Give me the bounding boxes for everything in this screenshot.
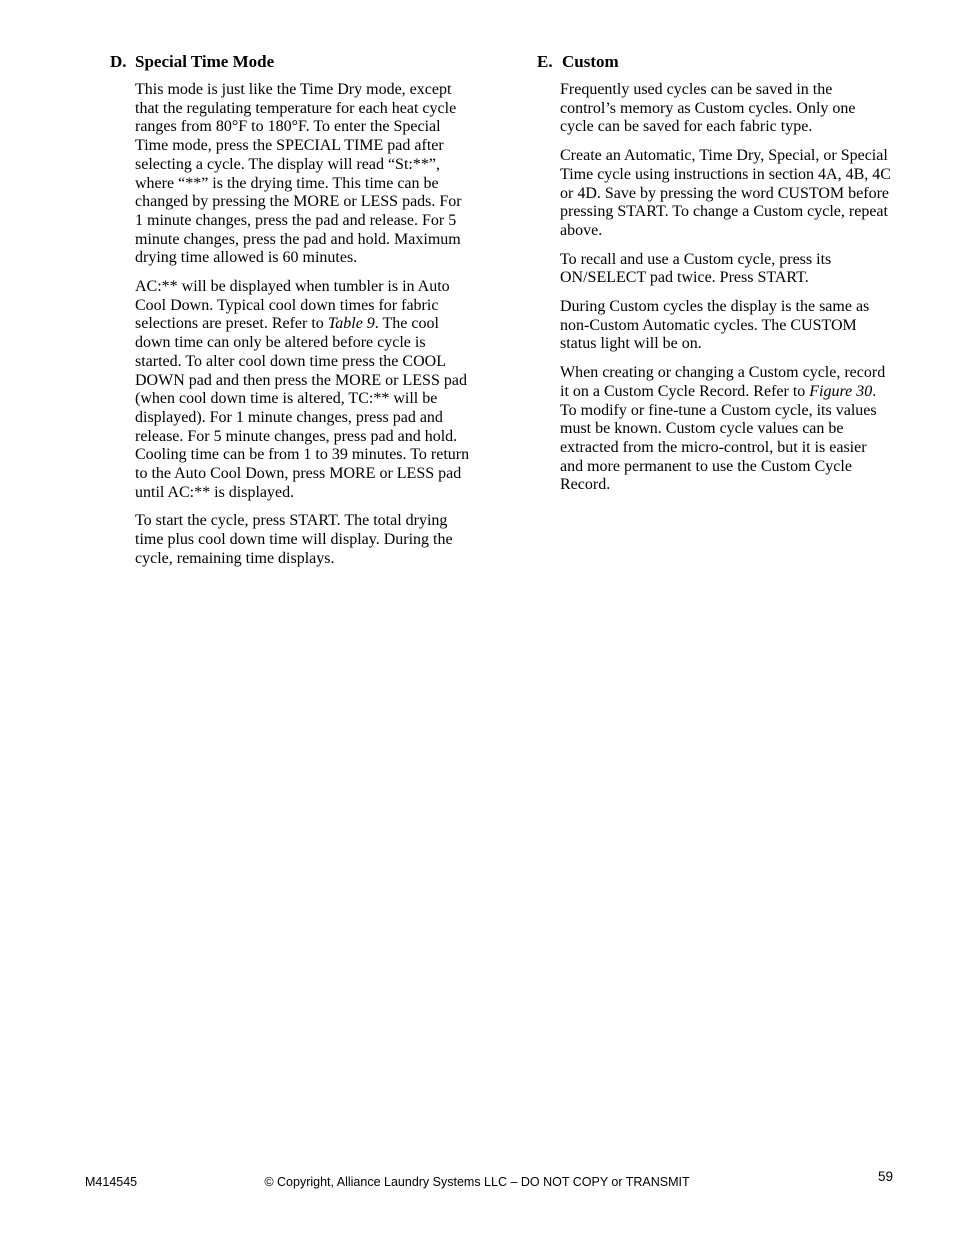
text-run: Frequently used cycles can be saved in t… [560, 81, 856, 135]
text-run: During Custom cycles the display is the … [560, 298, 869, 352]
paragraph: During Custom cycles the display is the … [560, 298, 892, 354]
section-title: Custom [562, 52, 619, 71]
text-run: . The cool down time can only be altered… [135, 315, 469, 500]
section-label: D. [110, 52, 135, 71]
text-run: To recall and use a Custom cycle, press … [560, 251, 831, 287]
text-run: Create an Automatic, Time Dry, Special, … [560, 147, 891, 239]
paragraph: To start the cycle, press START. The tot… [135, 512, 471, 568]
italic-reference: Figure 30 [809, 383, 872, 400]
paragraph: To recall and use a Custom cycle, press … [560, 251, 892, 288]
section-heading: E. Custom [537, 52, 899, 71]
text-run: This mode is just like the Time Dry mode… [135, 81, 462, 266]
paragraph: When creating or changing a Custom cycle… [560, 364, 892, 495]
section-heading: D. Special Time Mode [110, 52, 475, 71]
copyright-notice: © Copyright, Alliance Laundry Systems LL… [0, 1175, 954, 1189]
paragraph: This mode is just like the Time Dry mode… [135, 81, 471, 268]
section-custom: E. Custom Frequently used cycles can be … [537, 52, 899, 505]
page-number: 59 [878, 1169, 893, 1184]
italic-reference: Table 9 [328, 315, 375, 332]
text-run: To start the cycle, press START. The tot… [135, 512, 453, 566]
paragraph: Create an Automatic, Time Dry, Special, … [560, 147, 892, 241]
manual-page: D. Special Time Mode This mode is just l… [0, 0, 954, 1235]
section-title: Special Time Mode [135, 52, 274, 71]
section-body: This mode is just like the Time Dry mode… [110, 81, 471, 569]
paragraph: AC:** will be displayed when tumbler is … [135, 278, 471, 502]
paragraph: Frequently used cycles can be saved in t… [560, 81, 892, 137]
section-label: E. [537, 52, 562, 71]
section-special-time-mode: D. Special Time Mode This mode is just l… [110, 52, 475, 579]
section-body: Frequently used cycles can be saved in t… [537, 81, 892, 495]
page-footer: M414545 © Copyright, Alliance Laundry Sy… [0, 1168, 954, 1198]
